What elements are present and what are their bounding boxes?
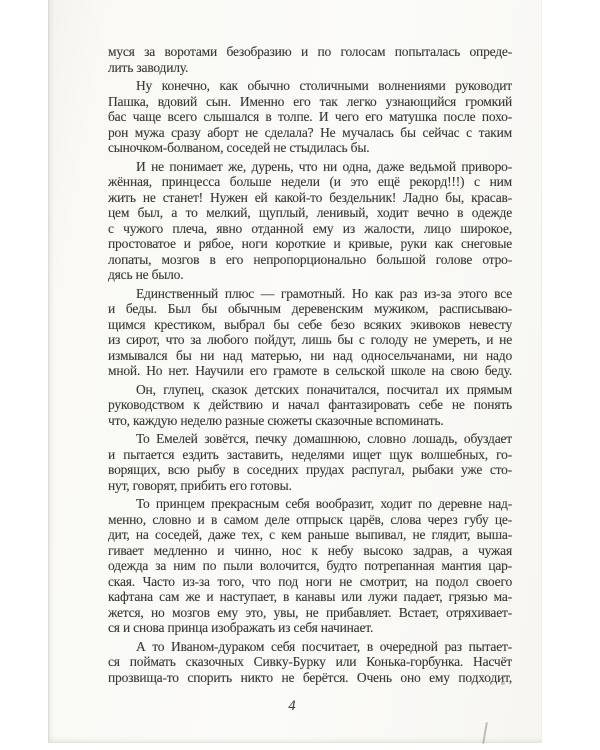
- text-line: дясь не было.: [108, 267, 512, 283]
- text-line: цем был, а то мелкий, щуплый, ленивый, х…: [108, 205, 512, 221]
- page-text: муся за воротами безобразию и по голосам…: [108, 44, 512, 688]
- scan-artifact: [501, 681, 505, 685]
- text-line: нут, говорят, прибить его готовы.: [108, 478, 512, 494]
- text-line: и беды. Был бы обычным деревенским мужик…: [108, 301, 512, 317]
- text-line: простоватое и рябое, ноги короткие и кри…: [108, 236, 512, 252]
- text-line: ская. Часто из-за того, что под ноги не …: [108, 574, 512, 590]
- paragraph: То принцем прекрасным себя вообразит, хо…: [108, 496, 512, 636]
- text-line: рон мужа сразу аборт не сделала? Не муча…: [108, 125, 512, 141]
- text-line: из сирот, что за любого пойдут, лишь бы …: [108, 332, 512, 348]
- text-line: жить не станет! Нужен ей какой-то бездел…: [108, 190, 512, 206]
- paragraph: Ну конечно, как обычно столичными волнен…: [108, 78, 512, 156]
- text-line: муся за воротами безобразию и по голосам…: [108, 44, 512, 60]
- text-line: гивает медленно и чинно, нос к небу высо…: [108, 543, 512, 559]
- text-line: Ну конечно, как обычно столичными волнен…: [108, 78, 512, 94]
- text-line: То принцем прекрасным себя вообразит, хо…: [108, 496, 512, 512]
- text-line: что, каждую неделю разные сюжеты сказочн…: [108, 413, 512, 429]
- text-line: Он, глупец, сказок детских поначитался, …: [108, 382, 512, 398]
- text-line: измывался бы ни над матерью, ни над одно…: [108, 348, 512, 364]
- text-line: менно, словно и в самом деле отпрыск цар…: [108, 512, 512, 528]
- text-line: ся поймать сказочных Сивку-Бурку или Кон…: [108, 654, 512, 670]
- text-line: жется, но мозгов ему это, увы, не прибав…: [108, 605, 512, 621]
- paragraph: То Емелей зовётся, печку домашнюю, словн…: [108, 431, 512, 493]
- text-line: сыночком-болваном, соседей не стыдилась …: [108, 140, 512, 156]
- text-line: ся и снова принца изображать из себя нач…: [108, 620, 512, 636]
- page-number: 4: [108, 698, 512, 715]
- text-line: с чужого плеча, явно отданной ему из жал…: [108, 221, 512, 237]
- text-line: мной. Но нет. Научили его грамоте в сель…: [108, 363, 512, 379]
- text-line: руководством к действию и начал фантазир…: [108, 397, 512, 413]
- paragraph: А то Иваном-дураком себя посчитает, в оч…: [108, 639, 512, 686]
- text-line: жённая, принцесса больше недели (и это е…: [108, 174, 512, 190]
- text-line: одежда за ним по пыли волочится, будто п…: [108, 558, 512, 574]
- paragraph: Единственный плюс — грамотный. Но как ра…: [108, 286, 512, 379]
- text-line: То Емелей зовётся, печку домашнюю, словн…: [108, 431, 512, 447]
- paragraph: муся за воротами безобразию и по голосам…: [108, 44, 512, 75]
- text-line: ворящих, всю рыбу в соседних прудах расп…: [108, 462, 512, 478]
- text-line: Пашка, вдовий сын. Именно его так легко …: [108, 94, 512, 110]
- text-line: щимся крестиком, выбрал бы себе безо вся…: [108, 317, 512, 333]
- paragraph: И не понимает же, дурень, что ни одна, д…: [108, 159, 512, 283]
- text-line: лить заводилу.: [108, 60, 512, 76]
- text-line: и пытается ездить заставить, неделями ищ…: [108, 447, 512, 463]
- book-page: муся за воротами безобразию и по голосам…: [48, 0, 542, 743]
- text-line: кафтана сам же и наступает, в канавы или…: [108, 589, 512, 605]
- text-line: дит, на соседей, даже тех, с кем раньше …: [108, 527, 512, 543]
- text-line: прозвища-то спорить никто не берётся. Оч…: [108, 670, 512, 686]
- text-line: А то Иваном-дураком себя посчитает, в оч…: [108, 639, 512, 655]
- text-line: Единственный плюс — грамотный. Но как ра…: [108, 286, 512, 302]
- text-line: бас чаще всего слышался в толпе. И чего …: [108, 109, 512, 125]
- text-line: лопаты, мозгов в его непропорционально б…: [108, 252, 512, 268]
- text-line: И не понимает же, дурень, что ни одна, д…: [108, 159, 512, 175]
- paragraph: Он, глупец, сказок детских поначитался, …: [108, 382, 512, 429]
